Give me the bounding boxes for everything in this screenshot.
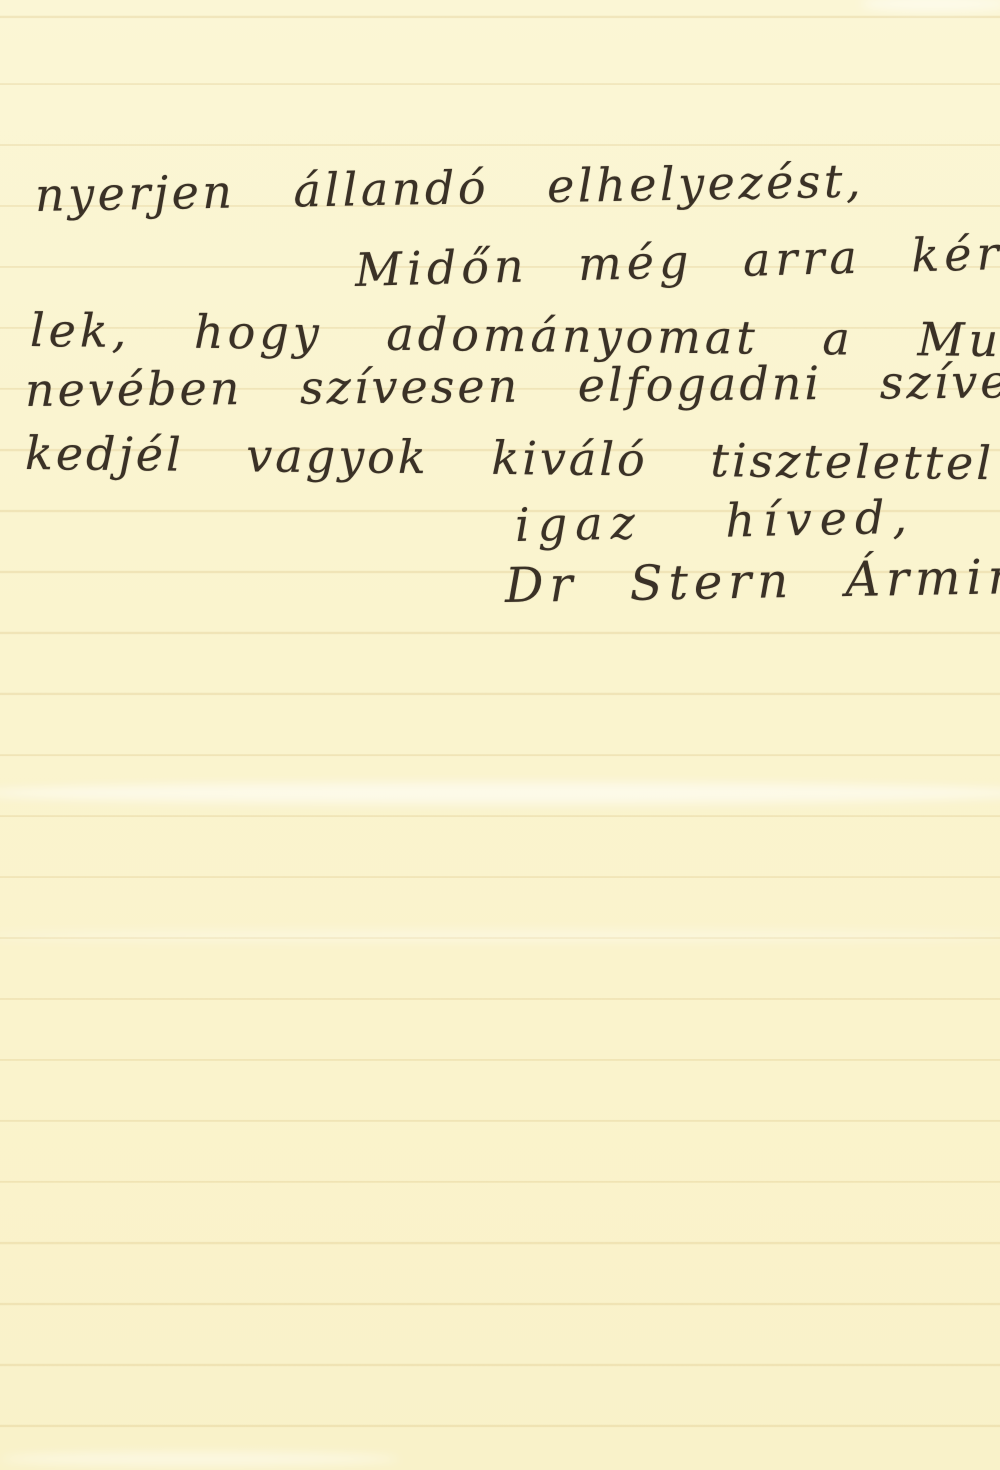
handwriting-line: kedjél vagyok kiváló tisztelettel: [25, 428, 994, 489]
scan-streak: [0, 930, 1000, 942]
handwriting-line: Midőn még arra kér-: [354, 227, 1000, 295]
handwriting-closing: igaz híved,: [514, 492, 915, 551]
scan-streak: [0, 1452, 400, 1466]
handwriting-line: nevében szívesen elfogadni szíves-: [25, 356, 1000, 416]
ruled-lines: [0, 0, 1000, 1470]
scan-streak: [0, 782, 1000, 804]
letter-page: nyerjen állandó elhelyezést, Midőn még a…: [0, 0, 1000, 1470]
handwriting-signature: Dr Stern Ármin: [505, 551, 1000, 613]
scan-streak: [860, 0, 1000, 12]
handwriting-line: nyerjen állandó elhelyezést,: [35, 156, 865, 221]
